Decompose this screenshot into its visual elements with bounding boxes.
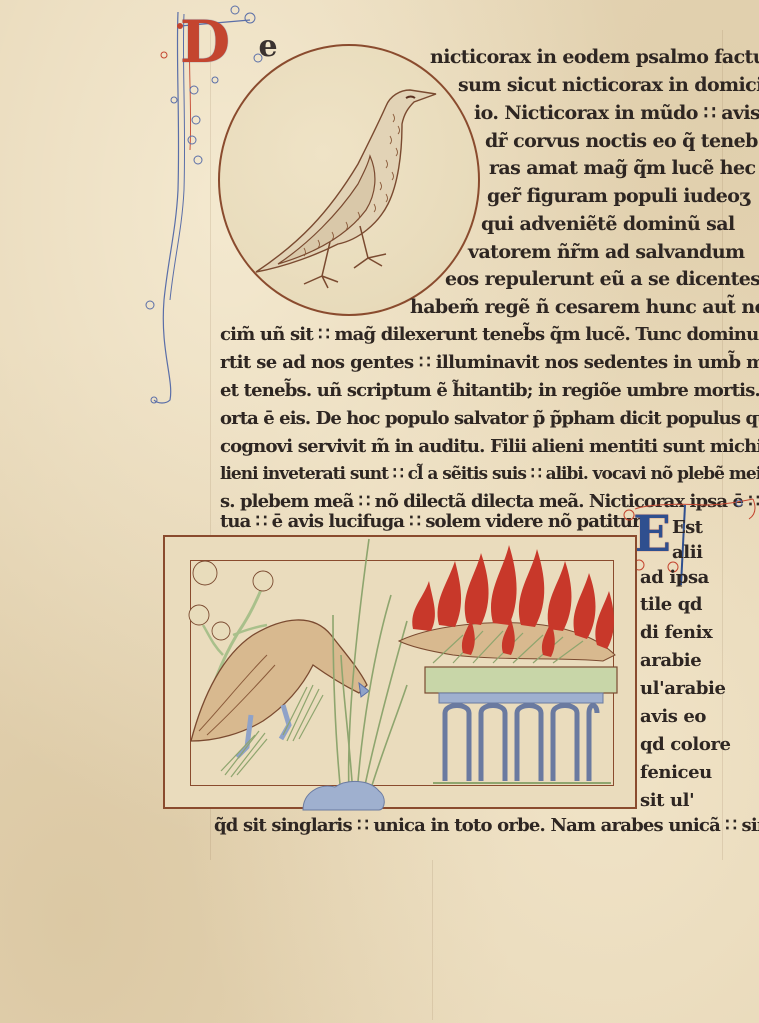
text-line-1: nicticorax in eodem psalmo factus bbox=[430, 44, 759, 70]
text-line-3: io. Nicticorax in mũdo ∷ avis bbox=[474, 100, 759, 126]
text-line-4: dr̃ corvus noctis eo q̃ teneb bbox=[485, 128, 758, 154]
text-line-12: rtit se ad nos gentes ∷ illuminavit nos … bbox=[220, 350, 759, 376]
text-line-side-5: arabie bbox=[640, 648, 701, 674]
initial-e: E bbox=[632, 506, 672, 562]
text-line-side-10: sit ul' bbox=[640, 788, 694, 814]
text-line-last: q̃d sit singlaris ∷ unica in toto orbe. … bbox=[214, 813, 759, 839]
text-line-9: eos repulerunt eũ a se dicentes. nõ bbox=[445, 266, 759, 292]
text-line-16: lieni inveterati sunt ∷ cl̃ a sẽitis su… bbox=[220, 461, 759, 487]
text-line-6: ger̃ figuram populi iudeoʒ bbox=[487, 183, 750, 209]
text-line-10: habem̃ regẽ ñ cesarem hunc aut̃ nes bbox=[410, 294, 759, 320]
phoenix-miniature-icon bbox=[163, 535, 633, 815]
text-line-side-4: di fenix bbox=[640, 620, 712, 646]
text-line-11: cim̃ uñ sit ∷ mag̃ dilexerunt teneb̃s q… bbox=[220, 322, 759, 348]
text-line-side-7: avis eo bbox=[640, 704, 706, 730]
text-line-5: ras amat mag̃ q̃m lucẽ hec bbox=[489, 155, 755, 181]
text-line-14: orta ē eis. De hoc populo salvator p̃ p̃… bbox=[220, 406, 759, 432]
ruling-line-right-2 bbox=[432, 860, 433, 1020]
text-line-side-2: ad ipsa bbox=[640, 565, 709, 591]
text-line-side-3: tile qd bbox=[640, 592, 702, 618]
text-line-side-8: qd colore bbox=[640, 732, 731, 758]
text-line-side-9: feniceu bbox=[640, 760, 712, 786]
text-line-8: vatorem ñr̃m ad salvandum bbox=[468, 239, 745, 265]
text-line-7: qui adveniẽtẽ dominũ sal bbox=[481, 211, 735, 237]
text-line-side-1: alii bbox=[672, 540, 703, 566]
raven-illustration-icon bbox=[218, 44, 476, 312]
text-line-2: sum sicut nicticorax in domicil bbox=[458, 72, 759, 98]
text-line-18: tua ∷ ē avis lucifuga ∷ solem videre nõ… bbox=[220, 509, 644, 535]
text-line-side-6: ul'arabie bbox=[640, 676, 726, 702]
text-line-est: Est bbox=[672, 515, 702, 541]
text-line-15: cognovi servivit m̃ in auditu. Filii ali… bbox=[220, 434, 759, 460]
manuscript-page: D e nicticorax in eodem psalmo factus su… bbox=[0, 0, 759, 1023]
text-line-13: et teneb̃s. uñ scriptum ẽ h̃itantib; i… bbox=[220, 378, 759, 404]
